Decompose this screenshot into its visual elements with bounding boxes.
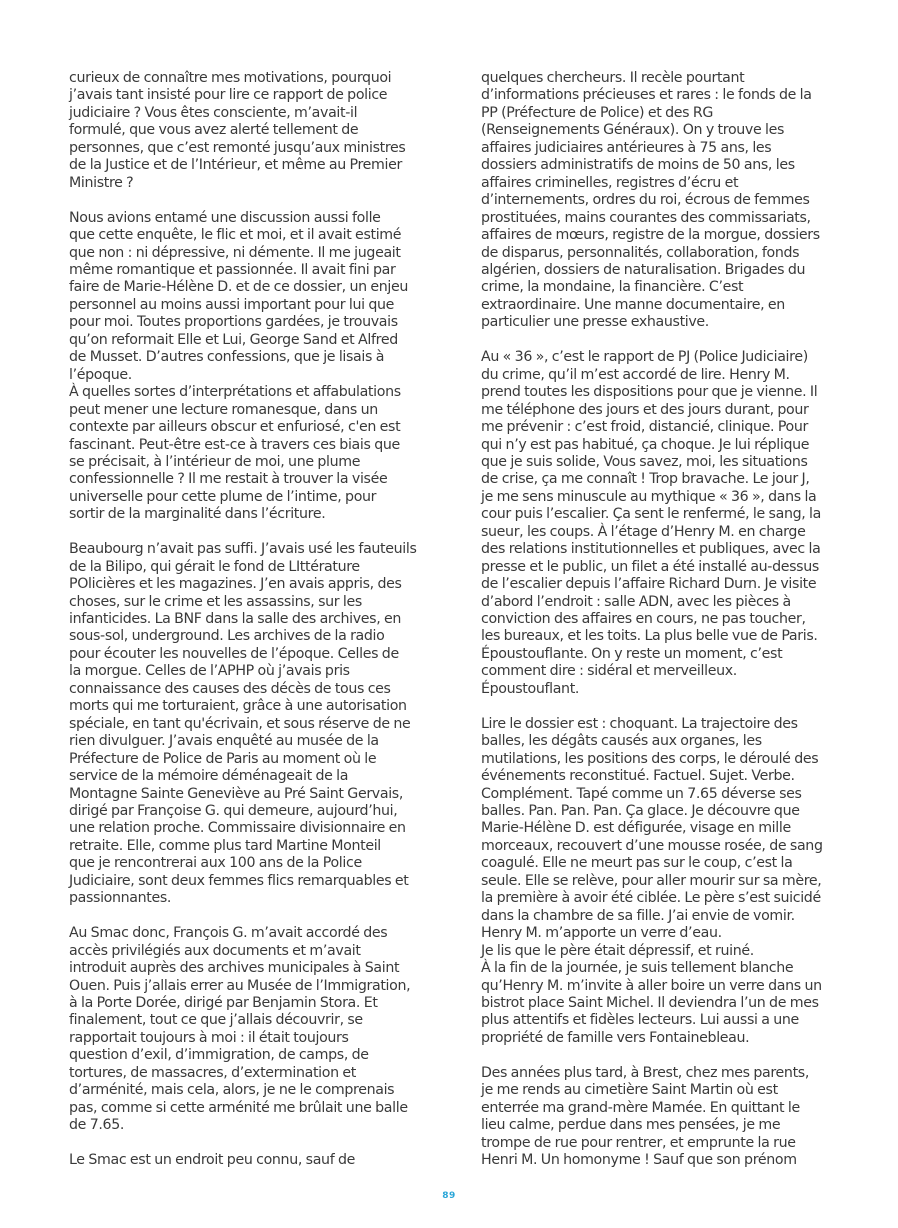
paragraph-interpretations: À quelles sortes d’interprétations et af…: [69, 384, 421, 524]
paragraph-quai-des-orfevres: Au « 36 », c’est le rapport de PJ (Polic…: [481, 349, 827, 698]
right-text-column: quelques chercheurs. Il recèle pourtant …: [481, 70, 827, 1187]
paragraph-police-report-question: curieux de connaître mes motivations, po…: [69, 70, 421, 192]
paragraph-smac-access: Au Smac donc, François G. m’avait accord…: [69, 925, 421, 1134]
paragraph-discussion-with-cop: Nous avions entamé une discussion aussi …: [69, 210, 421, 385]
paragraph-reading-dossier: Lire le dossier est : choquant. La traje…: [481, 716, 827, 1048]
document-page: curieux de connaître mes motivations, po…: [0, 0, 898, 1228]
paragraph-brest-cemetery: Des années plus tard, à Brest, chez mes …: [481, 1065, 827, 1170]
left-text-column: curieux de connaître mes motivations, po…: [69, 70, 421, 1187]
paragraph-smac-holdings: quelques chercheurs. Il recèle pourtant …: [481, 70, 827, 332]
page-number: 89: [0, 1191, 898, 1201]
paragraph-smac-intro: Le Smac est un endroit peu connu, sauf d…: [69, 1152, 421, 1169]
paragraph-archives-research: Beaubourg n’avait pas suffi. J’avais usé…: [69, 541, 421, 908]
